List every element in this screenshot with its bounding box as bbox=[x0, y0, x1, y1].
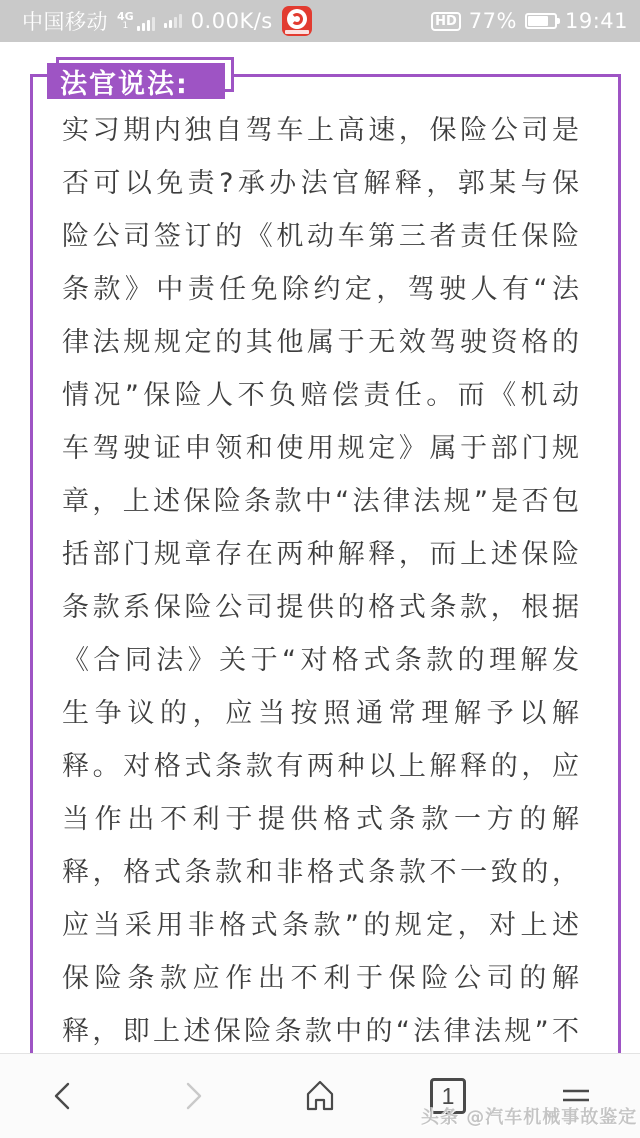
article-line: 实习期内独自驾车上高速，保险公司是 bbox=[62, 104, 579, 157]
chevron-left-icon bbox=[46, 1078, 82, 1114]
clock-label: 19:41 bbox=[565, 9, 628, 33]
chevron-right-icon bbox=[174, 1078, 210, 1114]
article-line: 释，格式条款和非格式条款不一致的， bbox=[62, 846, 579, 899]
phoenix-news-notification-icon bbox=[282, 6, 312, 36]
network-speed-label: 0.00K/s bbox=[191, 9, 273, 33]
status-bar-left: 中国移动 4G 1 0.00K/s bbox=[22, 6, 312, 36]
article-line: 括部门规章存在两种解释，而上述保险 bbox=[62, 528, 579, 581]
article-line: 当作出不利于提供格式条款一方的解 bbox=[62, 793, 579, 846]
article-line: 情况”保险人不负赔偿责任。而《机动 bbox=[62, 369, 579, 422]
battery-percent-label: 77% bbox=[469, 9, 517, 33]
sim-index-text: 1 bbox=[122, 22, 128, 31]
carrier-label: 中国移动 bbox=[22, 6, 108, 36]
article-line: 律法规规定的其他属于无效驾驶资格的 bbox=[62, 316, 579, 369]
article-line: 保险条款应作出不利于保险公司的解 bbox=[62, 952, 579, 1005]
article-line: 释，即上述保险条款中的“法律法规”不 bbox=[62, 1005, 579, 1058]
article-line: 车驾驶证申领和使用规定》属于部门规 bbox=[62, 422, 579, 475]
article-line: 生争议的，应当按照通常理解予以解 bbox=[62, 687, 579, 740]
network-type-label: 4G 1 bbox=[117, 11, 134, 31]
home-icon bbox=[300, 1076, 340, 1116]
article-line: 《合同法》关于“对格式条款的理解发 bbox=[62, 634, 579, 687]
home-button[interactable] bbox=[256, 1054, 384, 1138]
signal-bars-sim1-icon bbox=[137, 17, 155, 31]
article-line: 否可以免责?承办法官解释，郭某与保 bbox=[62, 157, 579, 210]
section-badge: 法官说法: bbox=[47, 63, 225, 99]
article-line: 章，上述保险条款中“法律法规”是否包 bbox=[62, 475, 579, 528]
back-button[interactable] bbox=[0, 1054, 128, 1138]
status-bar: 中国移动 4G 1 0.00K/s HD 77% bbox=[0, 0, 640, 42]
battery-icon bbox=[525, 13, 557, 29]
phone-screen: 中国移动 4G 1 0.00K/s HD 77% bbox=[0, 0, 640, 1138]
volte-hd-icon: HD bbox=[431, 12, 461, 31]
signal-bars-sim2-icon bbox=[164, 14, 182, 28]
article-line: 释。对格式条款有两种以上解释的，应 bbox=[62, 740, 579, 793]
watermark-label: 头条 @汽车机械事故鉴定 bbox=[421, 1103, 637, 1129]
article-line: 条款》中责任免除约定，驾驶人有“法 bbox=[62, 263, 579, 316]
article-line: 险公司签订的《机动车第三者责任保险 bbox=[62, 210, 579, 263]
article-line: 应当采用非格式条款”的规定，对上述 bbox=[62, 899, 579, 952]
signal-4g-icon: 4G 1 bbox=[117, 11, 155, 31]
status-bar-right: HD 77% 19:41 bbox=[431, 9, 628, 33]
article-text: 实习期内独自驾车上高速，保险公司是否可以免责?承办法官解释，郭某与保险公司签订的… bbox=[62, 104, 579, 1058]
article-line: 条款系保险公司提供的格式条款，根据 bbox=[62, 581, 579, 634]
section-title: 法官说法: bbox=[60, 62, 189, 101]
forward-button[interactable] bbox=[128, 1054, 256, 1138]
